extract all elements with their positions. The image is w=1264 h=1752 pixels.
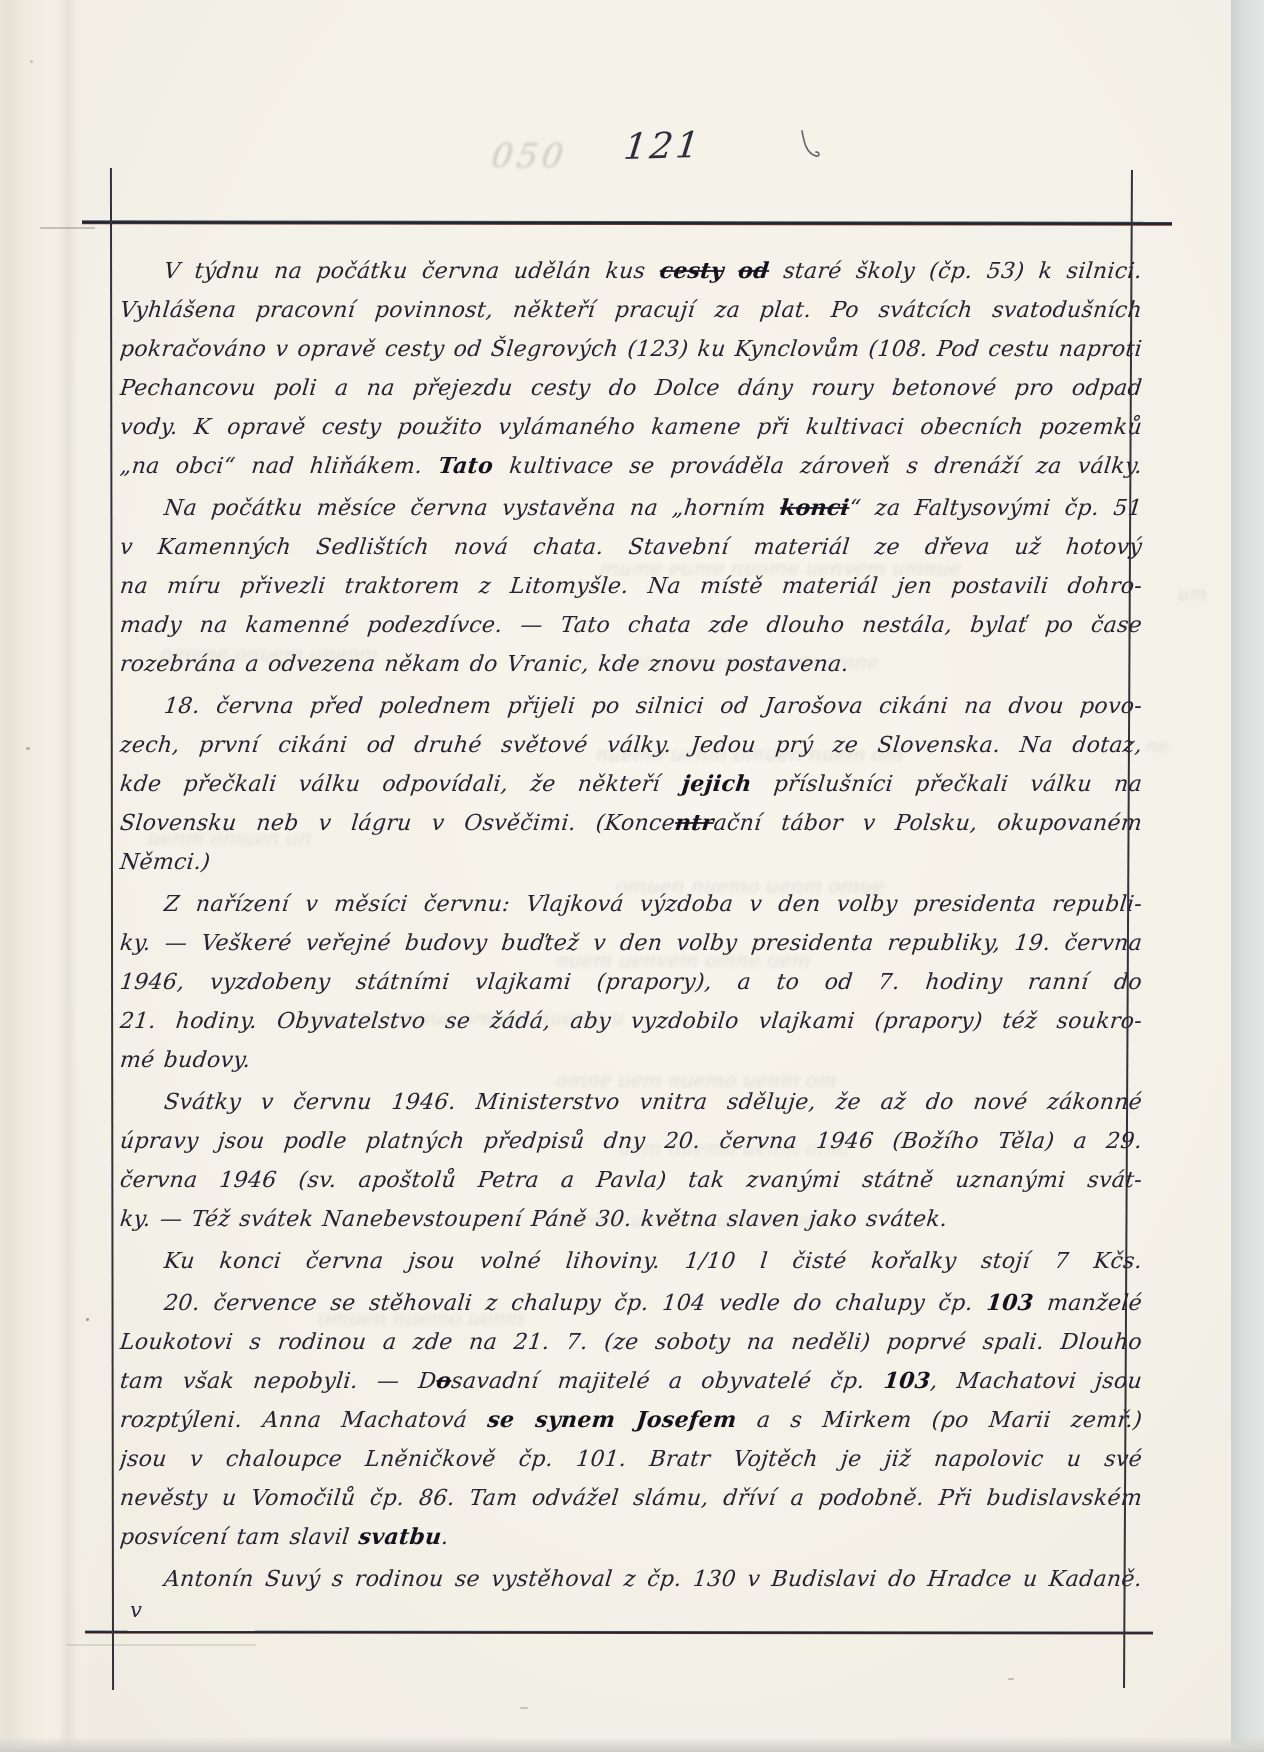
- text-segment: .: [440, 1525, 450, 1550]
- text-line: v Kamenných Sedlištích nová chata. Stave…: [118, 528, 1144, 567]
- text-segment: tam však nepobyli. — D: [119, 1369, 438, 1394]
- text-segment: , Machatovi jsou: [929, 1369, 1143, 1394]
- bottom-rule-shadow: [66, 1644, 256, 1646]
- paper-speck: [1008, 1678, 1014, 1680]
- text-line: kde přečkali válku odpovídali, že někteř…: [118, 765, 1144, 804]
- text-line: Svátky v červnu 1946. Ministerstvo vnitr…: [118, 1083, 1144, 1122]
- paper-speck: [520, 1707, 528, 1709]
- overwritten-word: konci: [779, 495, 851, 521]
- overwritten-word: svatbu: [357, 1524, 442, 1550]
- text-line: 1946, vyzdobeny státními vlajkami (prapo…: [118, 963, 1144, 1002]
- text-segment: Svátky v červnu 1946. Ministerstvo vnitr…: [163, 1090, 1144, 1115]
- overwritten-word: ntr: [674, 810, 715, 836]
- overwritten-word: 103: [985, 1290, 1035, 1316]
- text-line: června 1946 (sv. apoštolů Petra a Pavla)…: [118, 1161, 1144, 1200]
- text-segment: června 1946 (sv. apoštolů Petra a Pavla)…: [119, 1168, 1144, 1193]
- text-segment: “ za Faltysovými čp. 51: [848, 496, 1143, 521]
- text-line: 21. hodiny. Obyvatelstvo se žádá, aby vy…: [118, 1002, 1144, 1041]
- text-line: 18. června před polednem přijeli po siln…: [118, 687, 1144, 726]
- paragraph: V týdnu na počátku června udělán kus ces…: [118, 252, 1140, 486]
- paper-speck: [26, 747, 30, 750]
- overwritten-word: se synem Josefem: [486, 1407, 738, 1433]
- text-segment: manželé: [1032, 1291, 1143, 1316]
- text-segment: jsou v chaloupce Lněničkově čp. 101. Bra…: [119, 1447, 1144, 1472]
- text-segment: příslušníci přečkali válku na: [750, 772, 1143, 797]
- text-segment: kultivace se prováděla zároveň s drenáží…: [492, 454, 1144, 479]
- text-line: mady na kamenné podezdívce. — Tato chata…: [118, 606, 1144, 645]
- text-segment: ační tábor v Polsku, okupovaném: [712, 811, 1143, 836]
- text-line: Loukotovi s rodinou a zde na 21. 7. (ze …: [118, 1323, 1144, 1362]
- text-line: na míru přivezli traktorem z Litomyšle. …: [118, 567, 1144, 606]
- text-line: úpravy jsou podle platných předpisů dny …: [118, 1122, 1144, 1161]
- text-line: vody. K opravě cesty použito vylámaného …: [118, 408, 1144, 447]
- overwritten-word: 103: [882, 1368, 932, 1394]
- text-line: jsou v chaloupce Lněničkově čp. 101. Bra…: [118, 1440, 1144, 1479]
- text-segment: 21. hodiny. Obyvatelstvo se žádá, aby vy…: [119, 1009, 1144, 1034]
- text-segment: posvícení tam slavil: [119, 1525, 360, 1550]
- text-segment: Antonín Suvý s rodinou se vystěhoval z č…: [163, 1567, 1144, 1592]
- page-number-bleedthrough: 050: [489, 136, 569, 175]
- paragraph: Antonín Suvý s rodinou se vystěhoval z č…: [118, 1560, 1140, 1599]
- text-line: „na obci“ nad hliňákem. Tato kultivace s…: [118, 447, 1144, 486]
- text-line: pokračováno v opravě cesty od Šlegrových…: [118, 330, 1144, 369]
- text-segment: mady na kamenné podezdívce. — Tato chata…: [119, 613, 1144, 638]
- overwritten-word: jejich: [681, 771, 753, 797]
- text-segment: 18. června před polednem přijeli po siln…: [163, 694, 1144, 719]
- text-segment: zech, první cikáni od druhé světové válk…: [119, 733, 1144, 758]
- text-line: Ku konci června jsou volné lihoviny. 1/1…: [118, 1242, 1144, 1281]
- paper-crease: [58, 0, 78, 1752]
- text-line: Slovensku neb v lágru v Osvěčimi. (Konce…: [118, 804, 1144, 843]
- paragraph: 20. července se stěhovali z chalupy čp. …: [118, 1284, 1140, 1557]
- text-line: Na počátku měsíce června vystavěna na „h…: [118, 489, 1144, 528]
- text-line: Vyhlášena pracovní povinnost, někteří pr…: [118, 291, 1144, 330]
- text-line: Z nařízení v měsíci červnu: Vlajková výz…: [118, 885, 1144, 924]
- paragraph: 18. června před polednem přijeli po siln…: [118, 687, 1140, 882]
- text-line: zech, první cikáni od druhé světové válk…: [118, 726, 1144, 765]
- text-segment: Slovensku neb v lágru v Osvěčimi. (Konce: [119, 811, 677, 836]
- text-segment: V týdnu na počátku června udělán kus: [163, 259, 661, 284]
- paragraph: Ku konci června jsou volné lihoviny. 1/1…: [118, 1242, 1140, 1281]
- top-rule-shadow: [40, 227, 95, 229]
- text-segment: ky. — Též svátek Nanebevstoupení Páně 30…: [119, 1207, 949, 1232]
- text-line: tam však nepobyli. — Dosavadní majitelé …: [118, 1362, 1144, 1401]
- paragraph: Z nařízení v měsíci červnu: Vlajková výz…: [118, 885, 1140, 1080]
- text-segment: ky. — Veškeré veřejné budovy buďtež v de…: [119, 931, 1144, 956]
- text-segment: v Kamenných Sedlištích nová chata. Stave…: [119, 535, 1144, 560]
- text-line: rozptýleni. Anna Machatová se synem Jose…: [118, 1401, 1144, 1440]
- scan-right-edge-band: [1231, 0, 1264, 1752]
- text-line: Pechancovu poli a na přejezdu cesty do D…: [118, 369, 1144, 408]
- text-line: V týdnu na počátku června udělán kus ces…: [118, 252, 1144, 291]
- text-segment: 20. července se stěhovali z chalupy čp. …: [163, 1291, 988, 1316]
- overwritten-word: Tato: [437, 453, 494, 479]
- scan-left-edge-band: [0, 0, 95, 1752]
- paper-speck: [30, 60, 33, 63]
- text-segment: vody. K opravě cesty použito vylámaného …: [119, 415, 1144, 440]
- paper-speck: [86, 1318, 89, 1321]
- text-segment: na míru přivezli traktorem z Litomyšle. …: [119, 574, 1144, 599]
- text-segment: Vyhlášena pracovní povinnost, někteří pr…: [119, 298, 1144, 323]
- scanned-chronicle-page: { "page": { "number": "121", "ghost_numb…: [0, 0, 1264, 1752]
- text-line: nevěsty u Vomočilů čp. 86. Tam odvážel s…: [118, 1479, 1144, 1518]
- text-segment: nevěsty u Vomočilů čp. 86. Tam odvážel s…: [119, 1486, 1144, 1511]
- bottom-rule: [85, 1631, 1153, 1635]
- text-segment: kde přečkali válku odpovídali, že někteř…: [119, 772, 684, 797]
- text-line: ky. — Též svátek Nanebevstoupení Páně 30…: [118, 1200, 1144, 1239]
- text-segment: rozebrána a odvezena někam do Vranic, kd…: [119, 652, 850, 677]
- text-line: mé budovy.: [118, 1041, 1144, 1080]
- text-segment: staré školy (čp. 53) k silnici.: [768, 259, 1144, 284]
- text-segment: Z nařízení v měsíci červnu: Vlajková výz…: [163, 892, 1144, 917]
- text-segment: Pechancovu poli a na přejezdu cesty do D…: [119, 376, 1144, 401]
- text-line: Němci.): [118, 843, 1144, 882]
- text-segment: Na počátku měsíce června vystavěna na „h…: [163, 496, 782, 521]
- text-line: posvícení tam slavil svatbu.: [118, 1518, 1144, 1557]
- overwritten-word: od: [737, 258, 770, 284]
- text-segment: 1946, vyzdobeny státními vlajkami (prapo…: [119, 970, 1144, 995]
- text-segment: „na obci“ nad hliňákem.: [119, 454, 440, 479]
- text-line: 20. července se stěhovali z chalupy čp. …: [118, 1284, 1144, 1323]
- bleedthrough-text: um: [1177, 584, 1239, 605]
- catchword: v: [130, 1598, 142, 1622]
- paragraph: Svátky v červnu 1946. Ministerstvo vnitr…: [118, 1083, 1140, 1239]
- pen-flourish-mark-icon: [795, 128, 823, 168]
- text-segment: rozptýleni. Anna Machatová: [119, 1408, 489, 1433]
- text-segment: Ku konci června jsou volné lihoviny. 1/1…: [163, 1249, 1144, 1274]
- text-line: Antonín Suvý s rodinou se vystěhoval z č…: [118, 1560, 1144, 1599]
- text-line: ky. — Veškeré veřejné budovy buďtež v de…: [118, 924, 1144, 963]
- text-line: rozebrána a odvezena někam do Vranic, kd…: [118, 645, 1144, 684]
- text-segment: úpravy jsou podle platných předpisů dny …: [119, 1129, 1144, 1154]
- text-segment: savadní majitelé a obyvatelé čp.: [450, 1369, 885, 1394]
- text-segment: pokračováno v opravě cesty od Šlegrových…: [119, 337, 1144, 362]
- bleedthrough-text: ne: [1145, 736, 1207, 757]
- overwritten-word: cesty: [658, 258, 725, 284]
- page-number: 121: [595, 124, 730, 168]
- paragraph: Na počátku měsíce června vystavěna na „h…: [118, 489, 1140, 684]
- manuscript-text: V týdnu na počátku června udělán kus ces…: [118, 252, 1140, 1602]
- text-segment: mé budovy.: [119, 1048, 252, 1073]
- left-margin-rule: [110, 168, 114, 1690]
- text-segment: Němci.): [119, 850, 212, 875]
- top-rule: [82, 220, 1172, 226]
- text-segment: a s Mirkem (po Marii zemř.): [735, 1408, 1143, 1433]
- scan-bottom-edge-band: [0, 1737, 1264, 1752]
- text-segment: Loukotovi s rodinou a zde na 21. 7. (ze …: [119, 1330, 1144, 1355]
